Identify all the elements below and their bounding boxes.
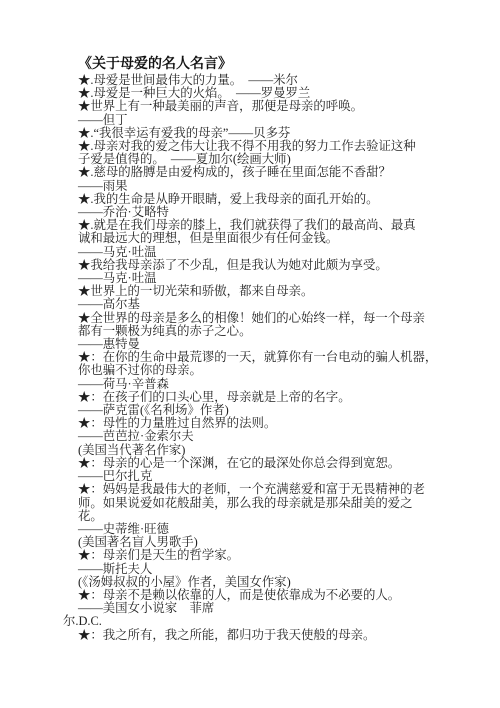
text-line: 你也骗不过你的母亲。 [78,364,470,377]
text-line: ——但丁 [78,114,470,127]
text-line: ——雨果 [78,180,470,193]
text-line: ★世界上有一种最美丽的声音，那便是母亲的呼唤。 [78,100,470,113]
text-line: ——高尔基 [78,298,470,311]
text-line: 花。 [78,510,470,523]
text-line: ——荷马·辛普森 [78,378,470,391]
text-line: ★：妈妈是我最伟大的老师，一个充满慈爱和富于无畏精神的老 [78,483,470,496]
quote-list: 《关于母爱的名人名言》★.母爱是世间最伟大的力量。 ——米尔★.母爱是一种巨大的… [78,57,470,642]
text-line: ★.慈母的胳膊是由爱构成的，孩子睡在里面怎能不香甜？ [78,166,470,179]
text-line: ★全世界的母亲是多么的相像！她们的心始终一样，每一个母亲 [78,312,470,325]
text-line: ★：母亲们是天生的哲学家。 [78,549,470,562]
text-line: 诚和最远大的理想，但是里面很少有任何金钱。 [78,232,470,245]
text-line: 师。如果说爱如花般甜美，那么我的母亲就是那朵甜美的爱之 [78,497,470,510]
text-line: ——斯托夫人 [78,563,470,576]
text-line: ——美国女小说家 菲席 [78,602,470,615]
page-title: 《关于母爱的名人名言》 [78,57,470,72]
text-line: ——芭芭拉·金索尔夫 [78,430,470,443]
document-page: 《关于母爱的名人名言》★.母爱是世间最伟大的力量。 ——米尔★.母爱是一种巨大的… [0,0,500,708]
text-line: (美国当代著名作家) [78,444,470,457]
text-line: 尔.D.C. [63,615,470,628]
text-line: (《汤姆叔叔的小屋》作者，美国女作家) [78,576,470,589]
text-line: ★：我之所有，我之所能，都归功于我天使般的母亲。 [78,629,470,642]
text-line: ——马克·吐温 [78,246,470,259]
